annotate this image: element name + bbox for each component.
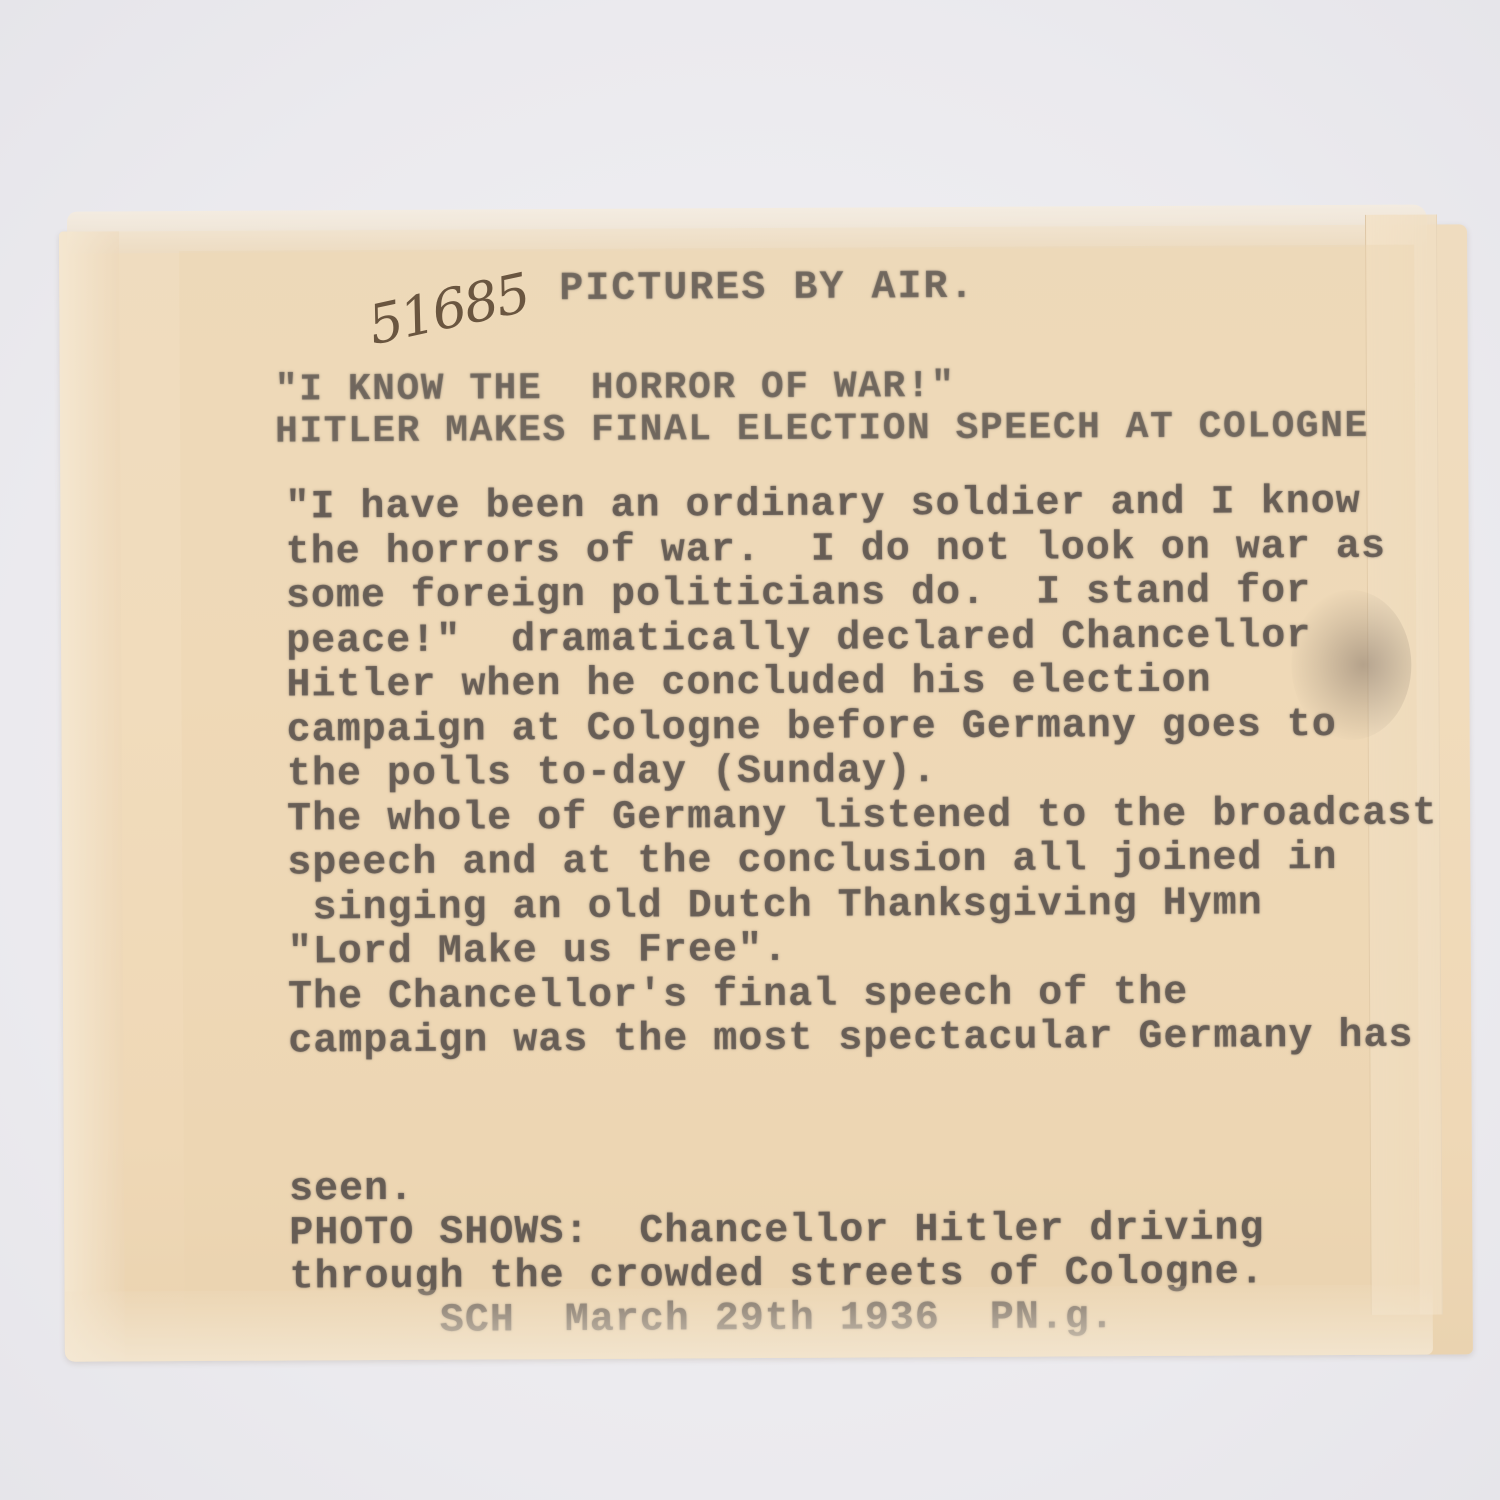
caption-body-line: the horrors of war. I do not look on war… <box>286 525 1436 576</box>
photo-background: 51685 PICTURES BY AIR. "I KNOW THE HORRO… <box>0 0 1500 1500</box>
caption-body-line: peace!" dramatically declared Chancellor <box>286 614 1436 665</box>
caption-body-line: "Lord Make us Free". <box>288 925 1438 976</box>
envelope-left-fold <box>59 231 125 1361</box>
caption-footer-line: through the crowded streets of Cologne. <box>289 1251 1264 1300</box>
caption-body-line: The Chancellor's final speech of the <box>288 970 1438 1021</box>
caption-body-line: campaign was the most spectacular German… <box>288 1014 1438 1065</box>
caption-body-line: The whole of Germany listened to the bro… <box>287 792 1437 843</box>
caption-body: "I have been an ordinary soldier and I k… <box>285 480 1438 1065</box>
headline-quote: "I KNOW THE HORROR OF WAR!" <box>275 365 956 412</box>
caption-body-line: the polls to-day (Sunday). <box>287 747 1437 798</box>
caption-footer: seen.PHOTO SHOWS: Chancellor Hitler driv… <box>289 1163 1265 1344</box>
agency-header: PICTURES BY AIR. <box>559 265 975 312</box>
caption-body-line: campaign at Cologne before Germany goes … <box>287 703 1437 754</box>
caption-body-line: some foreign politicians do. I stand for <box>286 569 1436 620</box>
typed-caption-sheet: 51685 PICTURES BY AIR. "I KNOW THE HORRO… <box>179 245 1420 1341</box>
ink-smudge <box>1291 590 1412 741</box>
caption-body-line: speech and at the conclusion all joined … <box>287 836 1437 887</box>
headline-subtitle: HITLER MAKES FINAL ELECTION SPEECH AT CO… <box>275 405 1369 454</box>
caption-body-line: "I have been an ordinary soldier and I k… <box>285 480 1435 531</box>
caption-footer-line: SCH March 29th 1936 PN.g. <box>290 1295 1265 1344</box>
caption-footer-line: seen. <box>289 1163 1264 1212</box>
handwritten-archive-number: 51685 <box>363 261 535 357</box>
glassine-envelope: 51685 PICTURES BY AIR. "I KNOW THE HORRO… <box>59 224 1473 1361</box>
caption-footer-line: PHOTO SHOWS: Chancellor Hitler driving <box>289 1207 1264 1256</box>
caption-body-line: singing an old Dutch Thanksgiving Hymn <box>287 881 1437 932</box>
caption-body-line: Hitler when he concluded his election <box>286 658 1436 709</box>
